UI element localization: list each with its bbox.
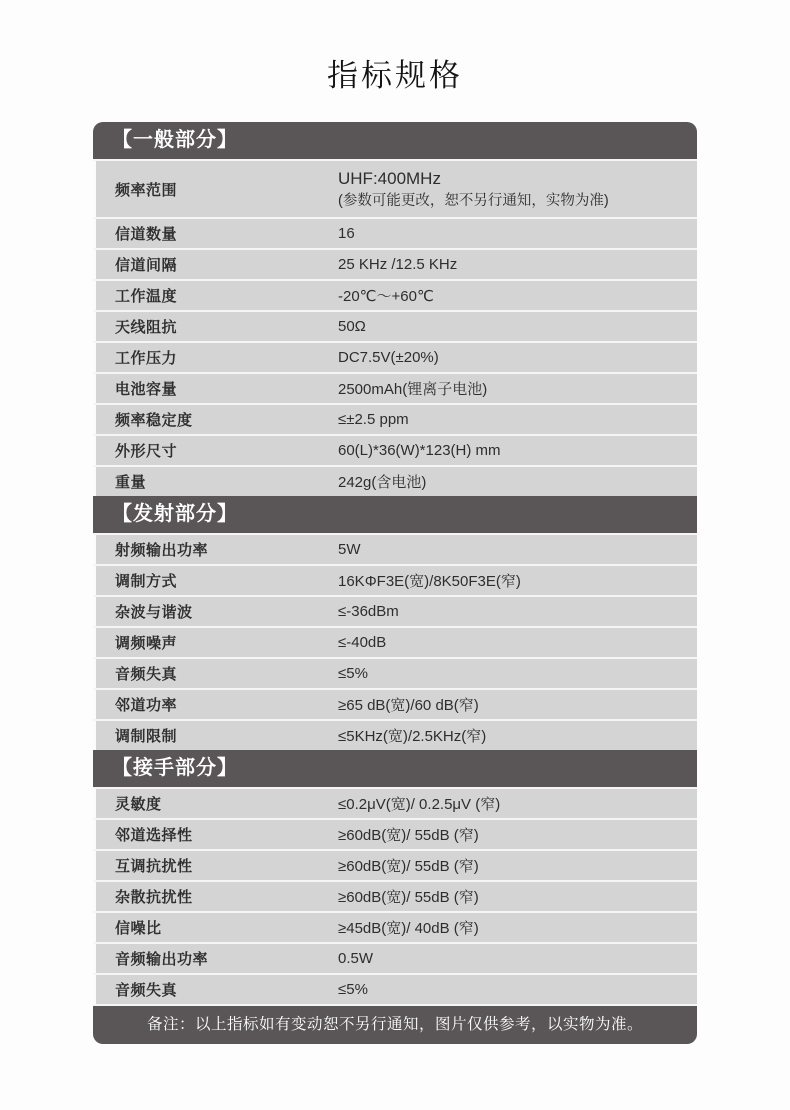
spec-label: 音频失真	[96, 663, 338, 684]
spec-value: ≥60dB(宽)/ 55dB (窄)	[338, 855, 479, 876]
spec-label: 外形尺寸	[96, 440, 338, 461]
spec-label: 调制限制	[96, 725, 338, 746]
spec-row-audio-distortion-rx: 音频失真 ≤5%	[93, 975, 697, 1004]
spec-label: 信噪比	[96, 917, 338, 938]
spec-row-channel-count: 信道数量 16	[93, 219, 697, 248]
spec-value: DC7.5V(±20%)	[338, 349, 439, 366]
spec-value-group: UHF:400MHz (参数可能更改，恕不另行通知，实物为准)	[338, 167, 609, 210]
spec-label: 音频失真	[96, 979, 338, 1000]
spec-label: 灵敏度	[96, 793, 338, 814]
spec-value: 25 KHz /12.5 KHz	[338, 256, 457, 273]
spec-value: ≤5%	[338, 665, 368, 682]
spec-label: 邻道功率	[96, 694, 338, 715]
spec-value: 16	[338, 225, 355, 242]
spec-row-spurious-harmonics: 杂波与谐波 ≤-36dBm	[93, 597, 697, 626]
spec-row-audio-output-power: 音频输出功率 0.5W	[93, 944, 697, 973]
spec-value: ≥45dB(宽)/ 40dB (窄)	[338, 917, 479, 938]
spec-value: 242g(含电池)	[338, 471, 426, 492]
spec-label: 频率稳定度	[96, 409, 338, 430]
spec-row-channel-spacing: 信道间隔 25 KHz /12.5 KHz	[93, 250, 697, 279]
spec-row-adjacent-channel-power: 邻道功率 ≥65 dB(宽)/60 dB(窄)	[93, 690, 697, 719]
spec-row-rf-output-power: 射频输出功率 5W	[93, 535, 697, 564]
spec-label: 频率范围	[96, 179, 338, 200]
spec-label: 天线阻抗	[96, 316, 338, 337]
spec-row-spurious-rejection: 杂散抗扰性 ≥60dB(宽)/ 55dB (窄)	[93, 882, 697, 911]
section-header-receiver: 【接手部分】	[93, 750, 697, 787]
spec-value: ≥60dB(宽)/ 55dB (窄)	[338, 886, 479, 907]
spec-label: 杂波与谐波	[96, 601, 338, 622]
spec-row-modulation-mode: 调制方式 16KΦF3E(宽)/8K50F3E(窄)	[93, 566, 697, 595]
spec-value: ≥60dB(宽)/ 55dB (窄)	[338, 824, 479, 845]
spec-label: 射频输出功率	[96, 539, 338, 560]
spec-label: 电池容量	[96, 378, 338, 399]
spec-row-dimensions: 外形尺寸 60(L)*36(W)*123(H) mm	[93, 436, 697, 465]
spec-value: 16KΦF3E(宽)/8K50F3E(窄)	[338, 570, 521, 591]
spec-row-operating-voltage: 工作压力 DC7.5V(±20%)	[93, 343, 697, 372]
footer-note: 备注：以上指标如有变动恕不另行通知，图片仅供参考，以实物为准。	[93, 1006, 697, 1044]
spec-value: 5W	[338, 541, 361, 558]
spec-row-adjacent-channel-selectivity: 邻道选择性 ≥60dB(宽)/ 55dB (窄)	[93, 820, 697, 849]
spec-value: -20℃～+60℃	[338, 285, 434, 306]
spec-row-frequency-stability: 频率稳定度 ≤±2.5 ppm	[93, 405, 697, 434]
spec-label: 调频噪声	[96, 632, 338, 653]
spec-row-intermodulation-rejection: 互调抗扰性 ≥60dB(宽)/ 55dB (窄)	[93, 851, 697, 880]
spec-label: 互调抗扰性	[96, 855, 338, 876]
spec-row-weight: 重量 242g(含电池)	[93, 467, 697, 496]
spec-label: 邻道选择性	[96, 824, 338, 845]
spec-value: 50Ω	[338, 318, 366, 335]
spec-value: ≤5%	[338, 981, 368, 998]
spec-row-battery-capacity: 电池容量 2500mAh(锂离子电池)	[93, 374, 697, 403]
spec-label: 音频输出功率	[96, 948, 338, 969]
section-header-transmitter: 【发射部分】	[93, 496, 697, 533]
spec-row-frequency-range: 频率范围 UHF:400MHz (参数可能更改，恕不另行通知，实物为准)	[93, 161, 697, 217]
spec-row-audio-distortion-tx: 音频失真 ≤5%	[93, 659, 697, 688]
spec-value: ≤±2.5 ppm	[338, 411, 409, 428]
spec-label: 信道间隔	[96, 254, 338, 275]
spec-row-modulation-limit: 调制限制 ≤5KHz(宽)/2.5KHz(窄)	[93, 721, 697, 750]
spec-label: 杂散抗扰性	[96, 886, 338, 907]
page-title: 指标规格	[0, 50, 790, 95]
spec-label: 重量	[96, 471, 338, 492]
spec-value: ≤-40dB	[338, 634, 386, 651]
spec-label: 工作温度	[96, 285, 338, 306]
spec-value: ≤0.2μV(宽)/ 0.2.5μV (窄)	[338, 793, 500, 814]
spec-row-operating-temperature: 工作温度 -20℃～+60℃	[93, 281, 697, 310]
spec-value-note: (参数可能更改，恕不另行通知，实物为准)	[338, 192, 609, 211]
spec-label: 信道数量	[96, 223, 338, 244]
spec-row-sensitivity: 灵敏度 ≤0.2μV(宽)/ 0.2.5μV (窄)	[93, 789, 697, 818]
spec-table: 【一般部分】 频率范围 UHF:400MHz (参数可能更改，恕不另行通知，实物…	[93, 122, 697, 1044]
spec-value: ≤-36dBm	[338, 603, 399, 620]
spec-row-signal-to-noise-ratio: 信噪比 ≥45dB(宽)/ 40dB (窄)	[93, 913, 697, 942]
spec-value: 2500mAh(锂离子电池)	[338, 378, 487, 399]
spec-value: 60(L)*36(W)*123(H) mm	[338, 442, 501, 459]
section-header-general: 【一般部分】	[93, 122, 697, 159]
spec-value: ≥65 dB(宽)/60 dB(窄)	[338, 694, 479, 715]
spec-value: UHF:400MHz	[338, 167, 609, 192]
spec-value: ≤5KHz(宽)/2.5KHz(窄)	[338, 725, 486, 746]
spec-row-fm-noise: 调频噪声 ≤-40dB	[93, 628, 697, 657]
spec-value: 0.5W	[338, 950, 373, 967]
spec-row-antenna-impedance: 天线阻抗 50Ω	[93, 312, 697, 341]
spec-label: 调制方式	[96, 570, 338, 591]
spec-label: 工作压力	[96, 347, 338, 368]
